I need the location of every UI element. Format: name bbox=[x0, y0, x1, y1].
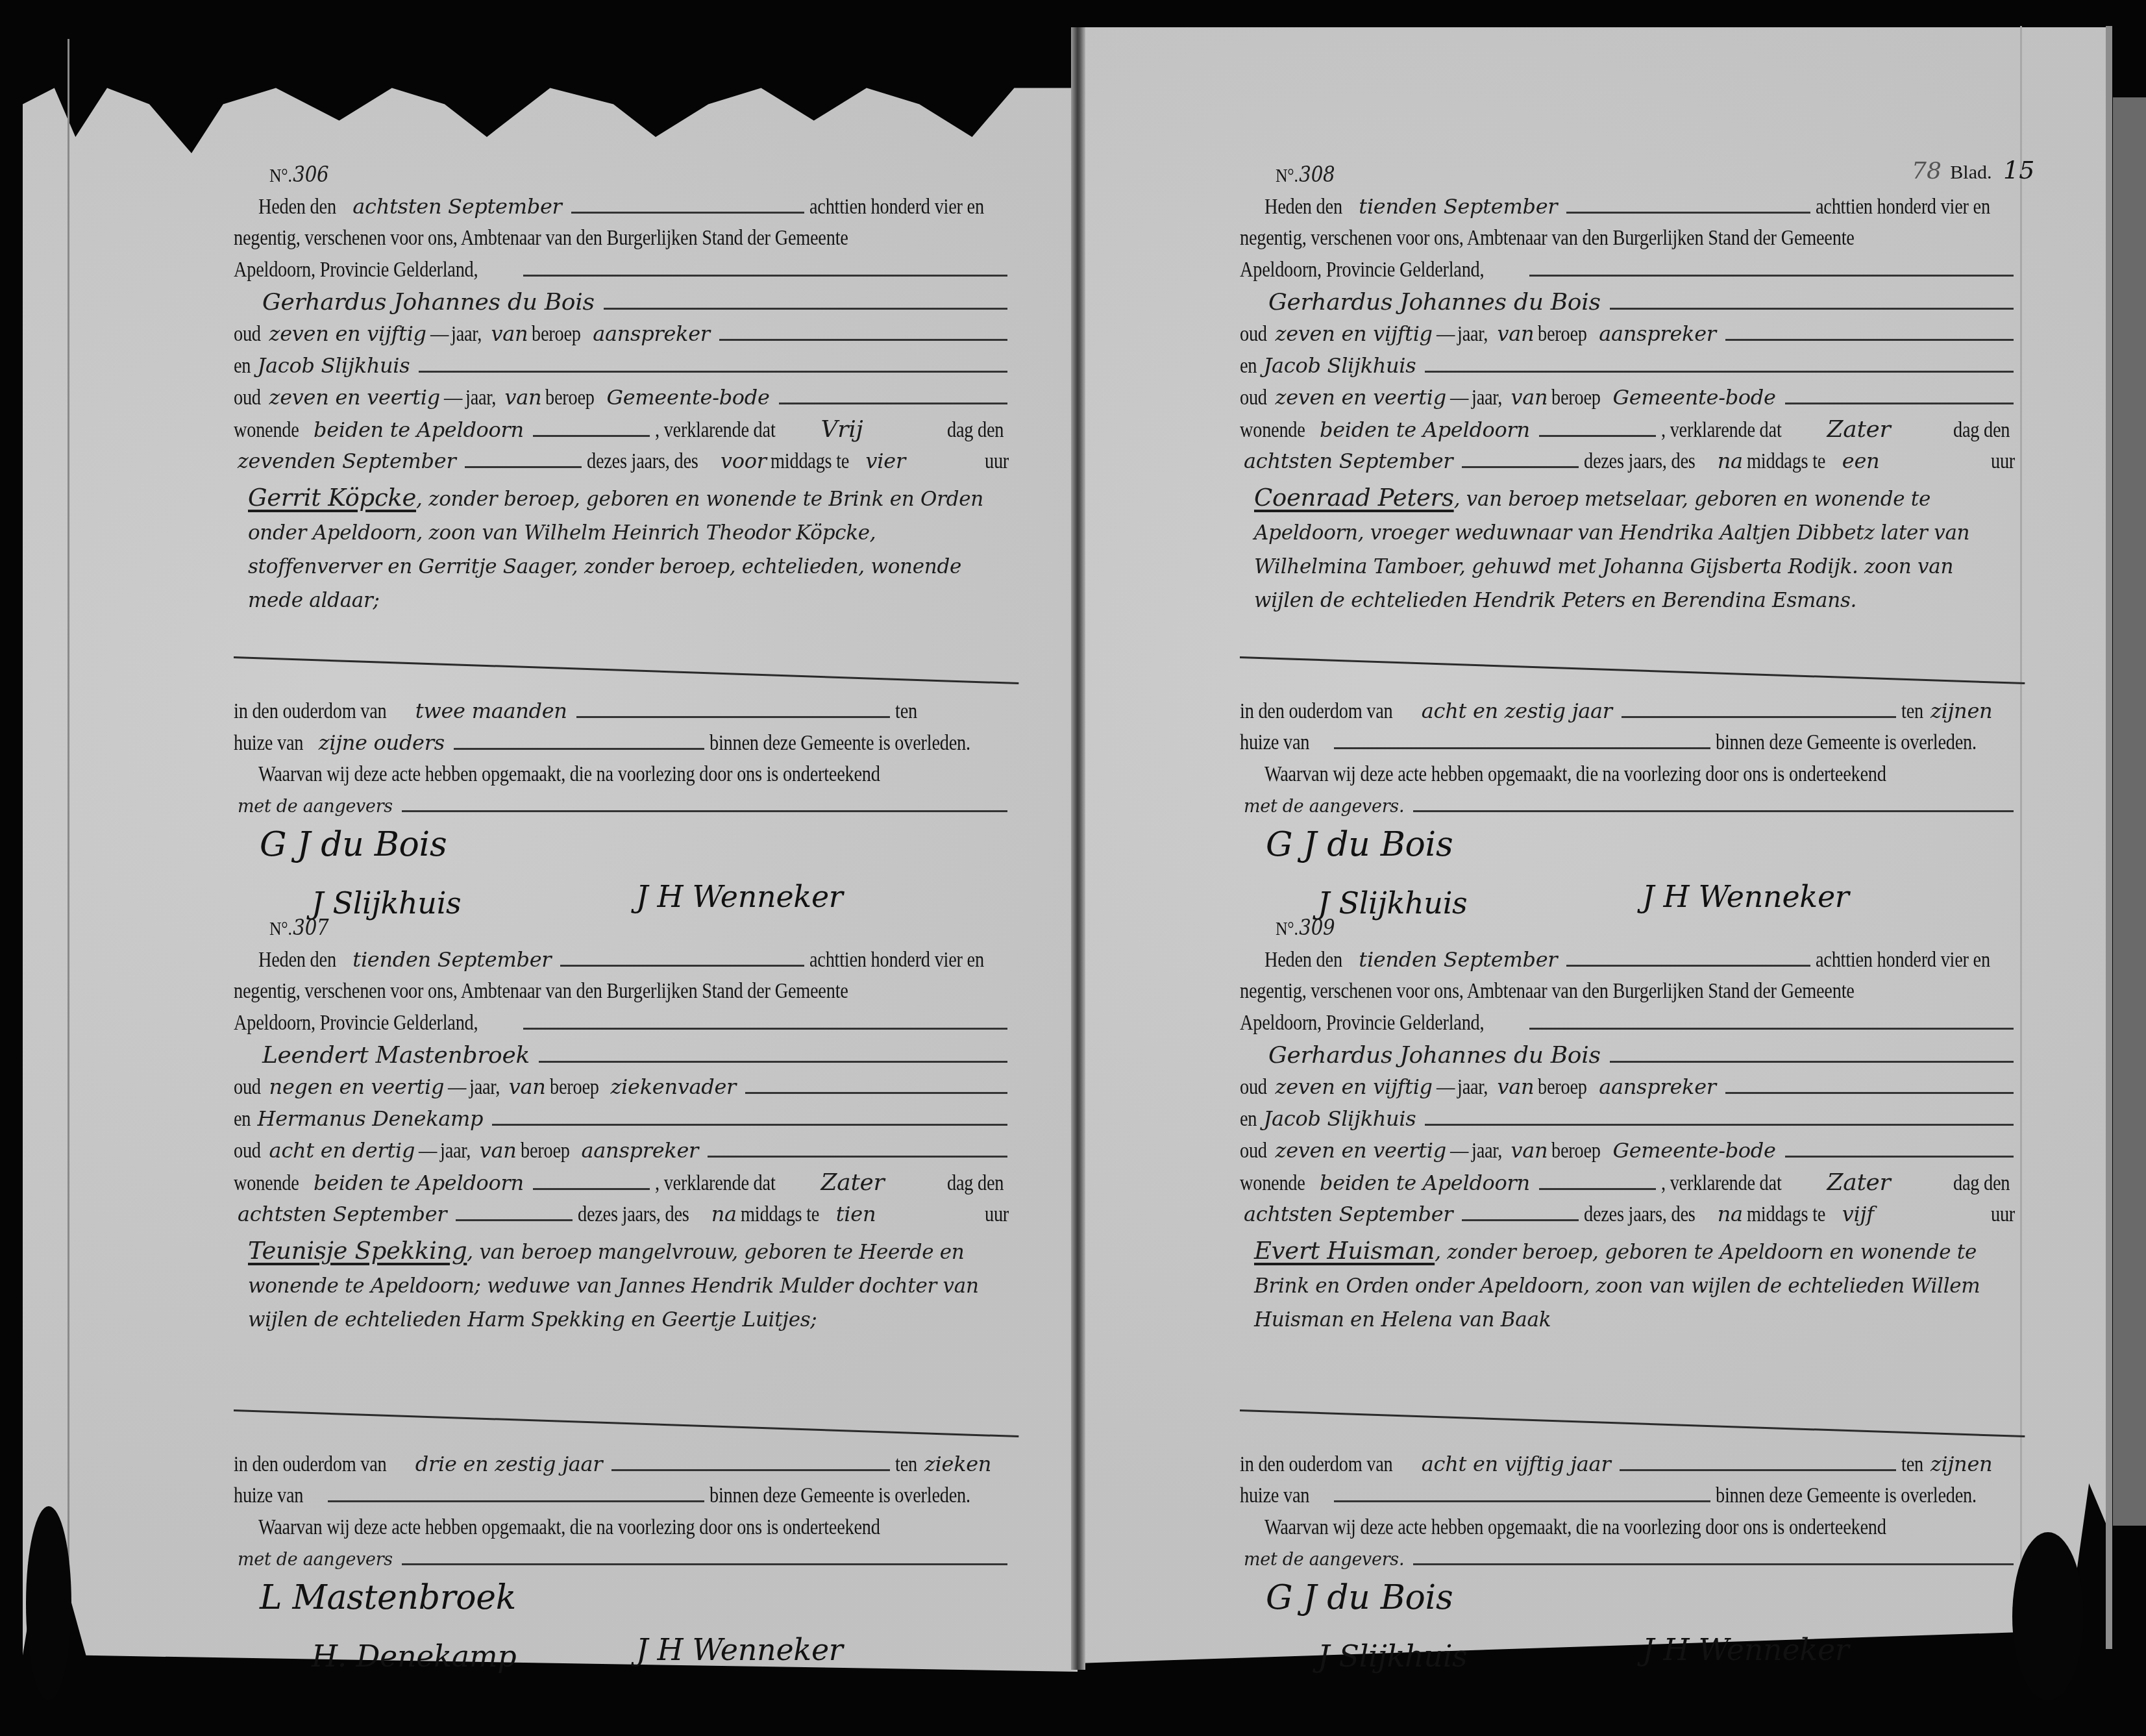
text-line bbox=[234, 1409, 1013, 1448]
blank-fill-line bbox=[419, 370, 1007, 373]
registration-date: tienden September bbox=[1359, 191, 1557, 223]
text-line: — bbox=[430, 319, 449, 351]
text-line: Heden dentienden Septemberachttien honde… bbox=[1240, 191, 2019, 223]
record-number: 309 bbox=[1299, 915, 1335, 941]
printed-text: dezes jaars, des bbox=[1584, 446, 1696, 478]
text-line: huize vanbinnen deze Gemeente is overled… bbox=[234, 1480, 1013, 1512]
deceased-details: Teunisje Spekking, van beroep mangelvrou… bbox=[234, 1234, 1013, 1409]
death-record-308: N°.308 Heden dentienden Septemberachttie… bbox=[1240, 159, 2019, 978]
printed-text: in den ouderdom van bbox=[234, 1449, 386, 1481]
declarant-residence: beiden te Apeldoorn bbox=[1320, 414, 1530, 446]
text-line: in den ouderdom vanacht en zestig jaarte… bbox=[1240, 695, 2019, 727]
text-line: oudzeven en veertig— jaar,vanberoepGemee… bbox=[234, 382, 1013, 414]
printed-text: jaar, bbox=[451, 319, 482, 351]
record-number-label: N°.309 bbox=[1276, 912, 1338, 945]
printed-text: beroep bbox=[1538, 319, 1587, 351]
death-weekday: Zater bbox=[821, 1167, 943, 1198]
text-line: Waarvan wij deze acte hebben opgemaakt, … bbox=[1240, 1512, 2019, 1544]
printed-text: oud bbox=[234, 1072, 261, 1104]
declarant-1-age: negen en veertig bbox=[269, 1071, 445, 1103]
text-line: enJacob Slijkhuis bbox=[1240, 1103, 2019, 1135]
registration-date: achtsten September bbox=[352, 191, 561, 223]
text-line: Gerhardus Johannes du Bois bbox=[234, 286, 1013, 318]
age-at-death: twee maanden bbox=[415, 695, 567, 727]
printed-text: , verklarende dat bbox=[1661, 415, 1782, 447]
text-line: enJacob Slijkhuis bbox=[1240, 350, 2019, 382]
printed-text: en bbox=[234, 351, 251, 382]
text-line bbox=[1240, 656, 2019, 695]
text-line: Gerhardus Johannes du Bois bbox=[1240, 1039, 2019, 1071]
blank-fill-line bbox=[1785, 402, 2014, 404]
declarant-residence: beiden te Apeldoorn bbox=[314, 414, 524, 446]
signature-block: G J du Bois J Slijkhuis J H Wenneker bbox=[1240, 1576, 2019, 1731]
record-number: 308 bbox=[1299, 162, 1335, 188]
text-line: negentig, verschenen voor ons, Ambtenaar… bbox=[234, 223, 1013, 254]
strike-line bbox=[1240, 1409, 2025, 1437]
record-number: 306 bbox=[293, 162, 328, 188]
deceased-details: Coenraad Peters, van beroep metselaar, g… bbox=[1240, 481, 2019, 656]
blank-fill-line bbox=[1425, 1123, 2014, 1126]
record-number-label: N°.307 bbox=[269, 912, 332, 945]
printed-text: Heden den bbox=[258, 945, 336, 976]
handwritten-text: van bbox=[509, 1071, 546, 1103]
age-at-death: acht en zestig jaar bbox=[1422, 695, 1612, 727]
strike-line bbox=[234, 1409, 1018, 1437]
blank-fill-line bbox=[1610, 1060, 2014, 1063]
declarant-2-name: Jacob Slijkhuis bbox=[258, 350, 410, 382]
printed-text: binnen deze Gemeente is overleden. bbox=[709, 728, 970, 760]
printed-text: N°. bbox=[269, 918, 292, 939]
signature-2: J Slijkhuis bbox=[1318, 1641, 1467, 1672]
blank-fill-line bbox=[1334, 747, 1710, 749]
printed-text: wonende bbox=[1240, 1168, 1305, 1200]
signature-1: G J du Bois bbox=[1266, 829, 1453, 861]
text-line: huize vanbinnen deze Gemeente is overled… bbox=[1240, 1480, 2019, 1512]
declarant-2-name: Jacob Slijkhuis bbox=[1264, 350, 1416, 382]
text-line: negentig, verschenen voor ons, Ambtenaar… bbox=[1240, 976, 2019, 1008]
text-line: oudzeven en vijftig— jaar,vanberoepaansp… bbox=[1240, 318, 2019, 350]
printed-text: jaar, bbox=[1457, 1072, 1488, 1104]
printed-text: dezes jaars, des bbox=[587, 446, 698, 478]
blank-fill-line bbox=[492, 1123, 1007, 1126]
am-pm: voor bbox=[721, 445, 767, 477]
death-weekday: Vrij bbox=[821, 414, 943, 445]
closing-phrase: met de aangevers. bbox=[1244, 791, 1404, 823]
printed-text: middags te bbox=[1747, 446, 1825, 478]
text-line: oudnegen en veertig— jaar,vanberoepzieke… bbox=[234, 1071, 1013, 1103]
blank-fill-line bbox=[1334, 1500, 1710, 1502]
age-at-death: drie en zestig jaar bbox=[415, 1448, 603, 1480]
text-line: huize vanzijne oudersbinnen deze Gemeent… bbox=[234, 727, 1013, 759]
handwritten-text: van bbox=[1511, 382, 1548, 414]
text-line: Apeldoorn, Provincie Gelderland, bbox=[1240, 254, 2019, 286]
blank-fill-line bbox=[533, 1187, 650, 1190]
declarant-1-name: Gerhardus Johannes du Bois bbox=[262, 286, 595, 318]
blank-fill-line bbox=[1620, 1469, 1895, 1471]
blank-fill-line bbox=[571, 211, 805, 214]
text-line: Heden dentienden Septemberachttien honde… bbox=[1240, 944, 2019, 976]
declarant-2-age: zeven en veertig bbox=[269, 382, 440, 414]
page-edge bbox=[2106, 26, 2112, 1649]
page-damage bbox=[26, 1506, 71, 1701]
printed-text: uur bbox=[1991, 446, 2015, 478]
declarant-1-occupation: ziekenvader bbox=[611, 1071, 737, 1103]
printed-text: Apeldoorn, Provincie Gelderland, bbox=[234, 254, 478, 286]
printed-text: in den ouderdom van bbox=[1240, 696, 1392, 728]
text-line: in den ouderdom vantwee maandenten bbox=[234, 695, 1013, 727]
printed-text: , verklarende dat bbox=[655, 1168, 776, 1200]
text-line: — bbox=[444, 382, 462, 414]
printed-text: beroep bbox=[545, 382, 595, 414]
text-line: — bbox=[1437, 319, 1455, 351]
printed-text: huize van bbox=[234, 1480, 303, 1512]
text-line: Apeldoorn, Provincie Gelderland, bbox=[234, 254, 1013, 286]
text-line: huize vanbinnen deze Gemeente is overled… bbox=[1240, 727, 2019, 759]
death-date: achtsten September bbox=[238, 1198, 447, 1230]
printed-text: oud bbox=[1240, 382, 1267, 414]
printed-text: jaar, bbox=[1472, 1135, 1502, 1167]
text-line: oudzeven en veertig— jaar,vanberoepGemee… bbox=[1240, 1135, 2019, 1167]
text-line: met de aangevers. bbox=[1240, 1544, 2019, 1576]
death-weekday: Zater bbox=[1827, 414, 1949, 445]
declarant-1-occupation: aanspreker bbox=[593, 318, 710, 350]
signature-2: H. Denekamp bbox=[312, 1641, 516, 1672]
blank-fill-line bbox=[523, 274, 1007, 277]
printed-text: wonende bbox=[1240, 415, 1305, 447]
blank-fill-line bbox=[1539, 434, 1656, 437]
death-record-309: N°.309 Heden dentienden Septemberachttie… bbox=[1240, 912, 2019, 1731]
text-line: — bbox=[1437, 1072, 1455, 1104]
book-spine bbox=[1071, 27, 1085, 1670]
text-line: met de aangevers bbox=[234, 1544, 1013, 1576]
printed-text: N°. bbox=[1276, 918, 1298, 939]
text-line: oudzeven en vijftig— jaar,vanberoepaansp… bbox=[1240, 1071, 2019, 1103]
printed-text: achttien honderd vier en bbox=[809, 945, 984, 976]
text-line: negentig, verschenen voor ons, Ambtenaar… bbox=[234, 976, 1013, 1008]
text-line: in den ouderdom vanacht en vijftig jaart… bbox=[1240, 1448, 2019, 1480]
text-line: Gerhardus Johannes du Bois bbox=[1240, 286, 2019, 318]
handwritten-text: van bbox=[1497, 1071, 1534, 1103]
printed-text: Apeldoorn, Provincie Gelderland, bbox=[1240, 1008, 1484, 1039]
text-line: achtsten Septemberdezes jaars, desnamidd… bbox=[234, 1198, 1013, 1230]
text-line: oudacht en dertig— jaar,vanberoepaanspre… bbox=[234, 1135, 1013, 1167]
blank-fill-line bbox=[465, 465, 582, 468]
text-line: N°.308 bbox=[1240, 159, 2019, 191]
declarant-2-age: zeven en veertig bbox=[1276, 382, 1446, 414]
death-record-306: N°.306 Heden denachtsten Septemberachtti… bbox=[234, 159, 1013, 978]
blank-fill-line bbox=[1725, 338, 2014, 341]
printed-text: beroep bbox=[1551, 1135, 1601, 1167]
text-line: Apeldoorn, Provincie Gelderland, bbox=[1240, 1008, 2019, 1039]
printed-text: ten bbox=[895, 696, 917, 728]
signature-registrar: J H Wenneker bbox=[1642, 1634, 1849, 1666]
blank-fill-line bbox=[523, 1027, 1007, 1030]
text-line: N°.309 bbox=[1240, 912, 2019, 944]
printed-text: in den ouderdom van bbox=[234, 696, 386, 728]
am-pm: na bbox=[1718, 1198, 1743, 1230]
ten-word: zijnen bbox=[1930, 695, 2015, 727]
printed-text: en bbox=[1240, 1104, 1257, 1135]
blank-fill-line bbox=[1462, 465, 1579, 468]
am-pm: na bbox=[1718, 445, 1743, 477]
printed-text: achttien honderd vier en bbox=[1816, 945, 1990, 976]
ten-word: zijnen bbox=[1930, 1448, 2015, 1480]
declarant-2-age: zeven en veertig bbox=[1276, 1135, 1446, 1167]
printed-text: uur bbox=[985, 446, 1009, 478]
record-number-label: N°.306 bbox=[269, 159, 332, 192]
printed-text: uur bbox=[1991, 1199, 2015, 1231]
deceased-details: Evert Huisman, zonder beroep, geboren te… bbox=[1240, 1234, 2019, 1409]
death-date: achtsten September bbox=[1244, 445, 1453, 477]
printed-text: oud bbox=[1240, 1072, 1267, 1104]
text-line: wonendebeiden te Apeldoorn, verklarende … bbox=[234, 1167, 1013, 1198]
printed-text: beroep bbox=[532, 319, 581, 351]
declarant-residence: beiden te Apeldoorn bbox=[1320, 1167, 1530, 1199]
printed-text: binnen deze Gemeente is overleden. bbox=[709, 1480, 970, 1512]
text-line: Leendert Mastenbroek bbox=[234, 1039, 1013, 1071]
text-line: wonendebeiden te Apeldoorn, verklarende … bbox=[1240, 414, 2019, 445]
printed-text: middags te bbox=[1747, 1199, 1825, 1231]
printed-text: achttien honderd vier en bbox=[809, 192, 984, 223]
closing-phrase: met de aangevers. bbox=[1244, 1544, 1404, 1576]
printed-text: dag den bbox=[1953, 415, 2010, 447]
signature-block: L Mastenbroek H. Denekamp J H Wenneker bbox=[234, 1576, 1013, 1731]
declarant-1-age: zeven en vijftig bbox=[1276, 1071, 1433, 1103]
deceased-name: Gerrit Köpcke bbox=[248, 484, 416, 512]
printed-text: Heden den bbox=[258, 192, 336, 223]
printed-text: negentig, verschenen voor ons, Ambtenaar… bbox=[234, 223, 848, 254]
printed-text: oud bbox=[234, 382, 261, 414]
death-record-307: N°.307 Heden dentienden Septemberachttie… bbox=[234, 912, 1013, 1731]
handwritten-text: van bbox=[1497, 318, 1534, 350]
closing-phrase: met de aangevers bbox=[238, 791, 393, 823]
printed-text: jaar, bbox=[1472, 382, 1502, 414]
printed-text: in den ouderdom van bbox=[1240, 1449, 1392, 1481]
printed-text: Heden den bbox=[1264, 945, 1342, 976]
text-line: achtsten Septemberdezes jaars, desnamidd… bbox=[1240, 1198, 2019, 1230]
printed-text: wonende bbox=[234, 1168, 299, 1200]
death-hour: een bbox=[1842, 445, 1987, 477]
declarant-1-name: Gerhardus Johannes du Bois bbox=[1268, 1039, 1601, 1071]
text-line: — bbox=[1450, 382, 1468, 414]
closing-phrase: met de aangevers bbox=[238, 1544, 393, 1576]
blank-fill-line bbox=[539, 1060, 1007, 1063]
record-number-label: N°.308 bbox=[1276, 159, 1338, 192]
printed-text: uur bbox=[985, 1199, 1009, 1231]
declarant-1-occupation: aanspreker bbox=[1599, 1071, 1716, 1103]
blank-fill-line bbox=[1425, 370, 2014, 373]
printed-text: Heden den bbox=[1264, 192, 1342, 223]
page-damage bbox=[2012, 1532, 2084, 1701]
printed-text: huize van bbox=[1240, 1480, 1309, 1512]
strike-line bbox=[234, 656, 1018, 684]
blank-fill-line bbox=[745, 1091, 1007, 1094]
registration-date: tienden September bbox=[1359, 944, 1557, 976]
blank-fill-line bbox=[604, 307, 1007, 310]
printed-text: oud bbox=[1240, 319, 1267, 351]
blank-fill-line bbox=[402, 1563, 1007, 1565]
age-at-death: acht en vijftig jaar bbox=[1422, 1448, 1611, 1480]
text-line: Waarvan wij deze acte hebben opgemaakt, … bbox=[234, 1512, 1013, 1544]
text-line: met de aangevers bbox=[234, 791, 1013, 823]
blank-fill-line bbox=[402, 810, 1007, 812]
declarant-residence: beiden te Apeldoorn bbox=[314, 1167, 524, 1199]
printed-text: dezes jaars, des bbox=[578, 1199, 689, 1231]
text-line: — bbox=[448, 1072, 466, 1104]
blank-fill-line bbox=[1413, 1563, 2014, 1565]
margin-rule bbox=[68, 39, 69, 1630]
text-line bbox=[234, 656, 1013, 695]
handwritten-text: van bbox=[1511, 1135, 1548, 1167]
printed-text: negentig, verschenen voor ons, Ambtenaar… bbox=[234, 976, 848, 1008]
printed-text: ten bbox=[1901, 1449, 1923, 1481]
house-of: zijne ouders bbox=[319, 727, 445, 759]
blank-fill-line bbox=[708, 1155, 1007, 1158]
blank-fill-line bbox=[1785, 1155, 2014, 1158]
text-line: — bbox=[419, 1135, 437, 1167]
printed-text: Waarvan wij deze acte hebben opgemaakt, … bbox=[258, 759, 880, 791]
declarant-1-name: Gerhardus Johannes du Bois bbox=[1268, 286, 1601, 318]
printed-text: oud bbox=[1240, 1135, 1267, 1167]
background-sheet bbox=[2113, 97, 2146, 1526]
blank-fill-line bbox=[1539, 1187, 1656, 1190]
declarant-1-age: zeven en vijftig bbox=[269, 318, 426, 350]
record-number: 307 bbox=[293, 915, 328, 941]
printed-text: middags te bbox=[771, 446, 849, 478]
printed-text: ten bbox=[1901, 696, 1923, 728]
text-line: in den ouderdom vandrie en zestig jaarte… bbox=[234, 1448, 1013, 1480]
deceased-name: Evert Huisman bbox=[1254, 1237, 1435, 1265]
text-line: oudzeven en vijftig— jaar,vanberoepaansp… bbox=[234, 318, 1013, 350]
text-line: N°.307 bbox=[234, 912, 1013, 944]
text-line: Waarvan wij deze acte hebben opgemaakt, … bbox=[234, 759, 1013, 791]
death-hour: vier bbox=[866, 445, 981, 477]
declarant-1-occupation: aanspreker bbox=[1599, 318, 1716, 350]
signature-registrar: J H Wenneker bbox=[636, 1634, 843, 1666]
text-line: N°.306 bbox=[234, 159, 1013, 191]
signature-1: G J du Bois bbox=[1266, 1582, 1453, 1614]
blank-fill-line bbox=[1529, 274, 2014, 277]
am-pm: na bbox=[711, 1198, 737, 1230]
printed-text: negentig, verschenen voor ons, Ambtenaar… bbox=[1240, 223, 1855, 254]
printed-text: , verklarende dat bbox=[1661, 1168, 1782, 1200]
printed-text: binnen deze Gemeente is overleden. bbox=[1716, 1480, 1977, 1512]
printed-text: oud bbox=[234, 1135, 261, 1167]
signature-registrar: J H Wenneker bbox=[636, 881, 843, 913]
blank-fill-line bbox=[1413, 810, 2014, 812]
blank-fill-line bbox=[560, 964, 804, 967]
printed-text: dezes jaars, des bbox=[1584, 1199, 1696, 1231]
printed-text: N°. bbox=[269, 165, 292, 186]
registration-date: tienden September bbox=[352, 944, 551, 976]
ten-word: zieken bbox=[924, 1448, 1009, 1480]
printed-text: en bbox=[1240, 351, 1257, 382]
printed-text: Apeldoorn, Provincie Gelderland, bbox=[234, 1008, 478, 1039]
printed-text: oud bbox=[234, 319, 261, 351]
text-line: Heden denachtsten Septemberachttien hond… bbox=[234, 191, 1013, 223]
blank-fill-line bbox=[1566, 964, 1810, 967]
death-hour: vijf bbox=[1842, 1198, 1987, 1230]
deceased-details: Gerrit Köpcke, zonder beroep, geboren en… bbox=[234, 481, 1013, 656]
death-date: achtsten September bbox=[1244, 1198, 1453, 1230]
death-weekday: Zater bbox=[1827, 1167, 1949, 1198]
printed-text: huize van bbox=[234, 728, 303, 760]
printed-text: negentig, verschenen voor ons, Ambtenaar… bbox=[1240, 976, 1855, 1008]
printed-text: beroep bbox=[521, 1135, 570, 1167]
printed-text: beroep bbox=[550, 1072, 599, 1104]
declarant-2-occupation: Gemeente-bode bbox=[606, 382, 769, 414]
blank-fill-line bbox=[611, 1469, 889, 1471]
text-line: wonendebeiden te Apeldoorn, verklarende … bbox=[1240, 1167, 2019, 1198]
handwritten-text: van bbox=[491, 318, 528, 350]
blank-fill-line bbox=[779, 402, 1007, 404]
blank-fill-line bbox=[1610, 307, 2014, 310]
printed-text: dag den bbox=[947, 415, 1004, 447]
declarant-2-occupation: aanspreker bbox=[582, 1135, 699, 1167]
declarant-2-name: Hermanus Denekamp bbox=[258, 1103, 484, 1135]
printed-text: Waarvan wij deze acte hebben opgemaakt, … bbox=[258, 1512, 880, 1544]
handwritten-text: van bbox=[505, 382, 542, 414]
printed-text: jaar, bbox=[1457, 319, 1488, 351]
printed-text: Apeldoorn, Provincie Gelderland, bbox=[1240, 254, 1484, 286]
printed-text: jaar, bbox=[469, 1072, 500, 1104]
text-line: oudzeven en veertig— jaar,vanberoepGemee… bbox=[1240, 382, 2019, 414]
text-line: Apeldoorn, Provincie Gelderland, bbox=[234, 1008, 1013, 1039]
printed-text: beroep bbox=[1538, 1072, 1587, 1104]
printed-text: wonende bbox=[234, 415, 299, 447]
declarant-2-name: Jacob Slijkhuis bbox=[1264, 1103, 1416, 1135]
printed-text: N°. bbox=[1276, 165, 1298, 186]
margin-rule bbox=[2020, 26, 2022, 1636]
strike-line bbox=[1240, 656, 2025, 684]
blank-fill-line bbox=[1622, 715, 1896, 718]
printed-text: beroep bbox=[1551, 382, 1601, 414]
signature-1: G J du Bois bbox=[260, 829, 447, 861]
printed-text: Waarvan wij deze acte hebben opgemaakt, … bbox=[1264, 759, 1886, 791]
blank-fill-line bbox=[1725, 1091, 2014, 1094]
printed-text: binnen deze Gemeente is overleden. bbox=[1716, 727, 1977, 759]
printed-text: ten bbox=[895, 1449, 917, 1481]
text-line: enHermanus Denekamp bbox=[234, 1103, 1013, 1135]
text-line: Waarvan wij deze acte hebben opgemaakt, … bbox=[1240, 759, 2019, 791]
text-line: met de aangevers. bbox=[1240, 791, 2019, 823]
printed-text: , verklarende dat bbox=[655, 415, 776, 447]
declarant-2-age: acht en dertig bbox=[269, 1135, 415, 1167]
text-line: zevenden Septemberdezes jaars, desvoormi… bbox=[234, 445, 1013, 477]
printed-text: dag den bbox=[947, 1168, 1004, 1200]
printed-text: dag den bbox=[1953, 1168, 2010, 1200]
printed-text: en bbox=[234, 1104, 251, 1135]
declarant-1-name: Leendert Mastenbroek bbox=[262, 1039, 530, 1071]
signature-registrar: J H Wenneker bbox=[1642, 881, 1849, 913]
printed-text: jaar, bbox=[465, 382, 496, 414]
text-line bbox=[1240, 1409, 2019, 1448]
deceased-name: Teunisje Spekking bbox=[248, 1237, 467, 1265]
blank-fill-line bbox=[576, 715, 890, 718]
blank-fill-line bbox=[454, 747, 704, 750]
declarant-2-occupation: Gemeente-bode bbox=[1612, 1135, 1775, 1167]
printed-text: middags te bbox=[741, 1199, 819, 1231]
blank-fill-line bbox=[328, 1500, 704, 1502]
printed-text: Waarvan wij deze acte hebben opgemaakt, … bbox=[1264, 1512, 1886, 1544]
text-line: negentig, verschenen voor ons, Ambtenaar… bbox=[1240, 223, 2019, 254]
blank-fill-line bbox=[1462, 1219, 1579, 1221]
text-line: achtsten Septemberdezes jaars, desnamidd… bbox=[1240, 445, 2019, 477]
blank-fill-line bbox=[719, 338, 1007, 341]
printed-text: jaar, bbox=[440, 1135, 471, 1167]
declarant-1-age: zeven en vijftig bbox=[1276, 318, 1433, 350]
text-line: — bbox=[1450, 1135, 1468, 1167]
